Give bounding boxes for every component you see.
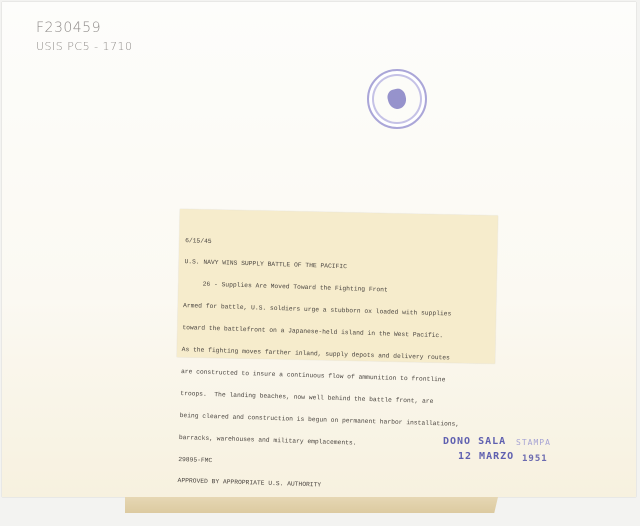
caption-body-line: being cleared and construction is begun …: [180, 412, 480, 429]
caption-date: 6/15/45: [185, 237, 485, 254]
caption-slip: 6/15/45 U.S. NAVY WINS SUPPLY BATTLE OF …: [177, 209, 498, 364]
caption-body-line: are constructed to insure a continuous f…: [181, 368, 481, 385]
stamp-line-1: DONO SALA: [443, 436, 506, 447]
caption-body-line: toward the battlefront on a Japanese-hel…: [182, 324, 482, 341]
mounting-tab: [125, 497, 498, 513]
stamp-line-2: 12 MARZO: [458, 451, 514, 462]
stamp-faint-text: STAMPA: [516, 438, 551, 447]
stamp-year: 1951: [522, 454, 548, 464]
caption-body-line: As the fighting moves farther inland, su…: [182, 346, 482, 363]
seal-emblem-icon: [386, 87, 409, 111]
caption-subhead: 26 - Supplies Are Moved Toward the Fight…: [184, 280, 484, 297]
caption-body-line: barracks, warehouses and military emplac…: [179, 434, 479, 451]
caption-approval: APPROVED BY APPROPRIATE U.S. AUTHORITY: [177, 477, 477, 494]
photo-back-sheet: F230459 USIS PC5 - 1710 6/15/45 U.S. NAV…: [2, 2, 636, 497]
caption-body-line: Armed for battle, U.S. soldiers urge a s…: [183, 302, 483, 319]
ink-seal-icon: [367, 69, 427, 129]
handwritten-id: F230459: [36, 20, 101, 36]
caption-headline: U.S. NAVY WINS SUPPLY BATTLE OF THE PACI…: [184, 259, 484, 276]
caption-body-line: troops. The landing beaches, now well be…: [180, 390, 480, 407]
caption-text: 6/15/45 U.S. NAVY WINS SUPPLY BATTLE OF …: [177, 222, 486, 509]
handwritten-reference: USIS PC5 - 1710: [36, 40, 133, 53]
caption-code: 29895-FMC: [178, 456, 478, 473]
